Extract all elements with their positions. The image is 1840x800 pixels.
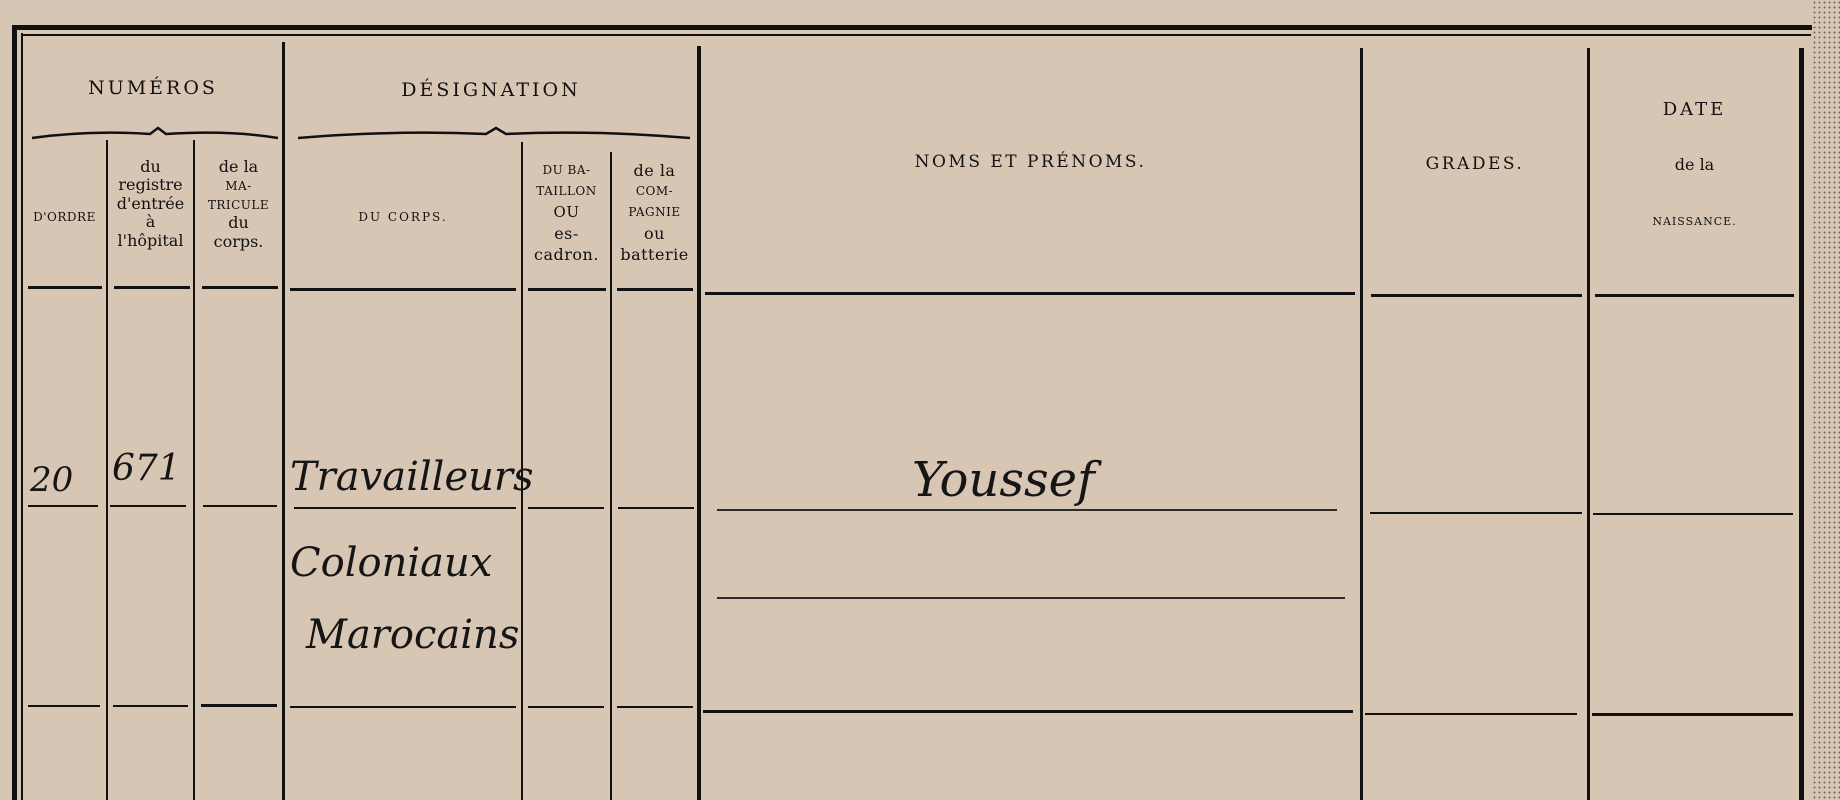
col-bataillon-line: DU BA- — [523, 160, 610, 181]
row-separator — [703, 710, 1353, 713]
entry-baseline — [294, 507, 516, 509]
col-bataillon-line: OU — [523, 202, 610, 223]
grades-title: GRADES. — [1363, 155, 1587, 175]
row-separator — [290, 706, 516, 708]
col-compagnie-line: COM- — [612, 181, 697, 202]
entry-corps-line-3: Marocains — [306, 612, 519, 658]
entry-corps-line-2: Coloniaux — [290, 540, 492, 586]
col-matricule-line: TRICULE — [195, 196, 282, 214]
entry-corps-line-1: Travailleurs — [290, 454, 534, 500]
col-registre-line: registre — [108, 176, 193, 194]
noms-prenoms-title: NOMS ET PRÉNOMS. — [701, 153, 1360, 173]
designation-title: DÉSIGNATION — [285, 80, 697, 102]
col-registre-line: l'hôpital — [108, 232, 193, 250]
col-matricule-line: du — [195, 214, 282, 232]
col-registre-line: d'entrée — [108, 195, 193, 213]
frame-right-thick — [1799, 48, 1804, 800]
header-line — [290, 288, 516, 291]
col-registre-line: du — [108, 158, 193, 176]
divider-numeros-designation — [282, 42, 285, 800]
header-line — [1595, 294, 1794, 297]
entry-baseline — [528, 507, 604, 509]
header-line — [114, 286, 190, 289]
entry-nom: Youssef — [912, 452, 1095, 508]
frame-left-thick — [12, 28, 17, 800]
numeros-brace — [30, 126, 280, 142]
date-title-line: de la — [1590, 156, 1799, 216]
col-compagnie-line: batterie — [612, 244, 697, 265]
entry-numero-registre: 671 — [112, 448, 181, 489]
date-naissance-title: DATE de la NAISSANCE. — [1590, 100, 1799, 229]
header-line — [528, 288, 606, 291]
row-separator — [113, 705, 188, 707]
col-registre-line: à — [108, 213, 193, 231]
frame-top-thick — [12, 25, 1812, 30]
col-registre-label: du registre d'entrée à l'hôpital — [108, 158, 193, 250]
row-separator — [1592, 713, 1793, 716]
row-separator — [1365, 713, 1577, 715]
row-separator — [617, 706, 693, 708]
header-line — [202, 286, 278, 289]
col-compagnie-line: ou — [612, 223, 697, 244]
entry-baseline — [717, 509, 1337, 511]
entry-numero-ordre: 20 — [30, 460, 73, 500]
page-edge-shadow — [1812, 0, 1840, 800]
frame-top-thin — [21, 34, 1811, 36]
row-separator — [201, 704, 277, 707]
col-bataillon-label: DU BA- TAILLON OU es- cadron. — [523, 160, 610, 265]
entry-baseline — [1370, 512, 1582, 514]
frame-left-thin — [21, 33, 23, 800]
col-compagnie-label: de la COM- PAGNIE ou batterie — [612, 160, 697, 265]
col-bataillon-line: cadron. — [523, 244, 610, 265]
row-separator — [28, 705, 100, 707]
col-bataillon-line: es- — [523, 223, 610, 244]
entry-secondary-line — [717, 597, 1345, 599]
col-compagnie-line: de la — [612, 160, 697, 181]
col-bataillon-line: TAILLON — [523, 181, 610, 202]
col-compagnie-line: PAGNIE — [612, 202, 697, 223]
col-ordre-label: D'ORDRE — [23, 211, 106, 225]
entry-baseline — [618, 507, 694, 509]
col-matricule-line: de la — [195, 158, 282, 176]
col-matricule-label: de la MA- TRICULE du corps. — [195, 158, 282, 251]
col-matricule-line: corps. — [195, 233, 282, 251]
entry-baseline — [110, 505, 186, 507]
header-line — [28, 286, 102, 289]
col-corps-label: DU CORPS. — [285, 211, 521, 225]
entry-baseline — [1593, 513, 1793, 515]
entry-baseline — [28, 505, 98, 507]
numeros-title: NUMÉROS — [24, 78, 282, 100]
header-line — [705, 292, 1355, 295]
entry-baseline — [203, 505, 277, 507]
row-separator — [528, 706, 604, 708]
col-matricule-line: MA- — [195, 176, 282, 196]
date-title-line: NAISSANCE. — [1590, 216, 1799, 229]
designation-brace — [296, 126, 692, 142]
date-title-line: DATE — [1590, 100, 1799, 156]
header-line — [617, 288, 693, 291]
header-line — [1371, 294, 1582, 297]
